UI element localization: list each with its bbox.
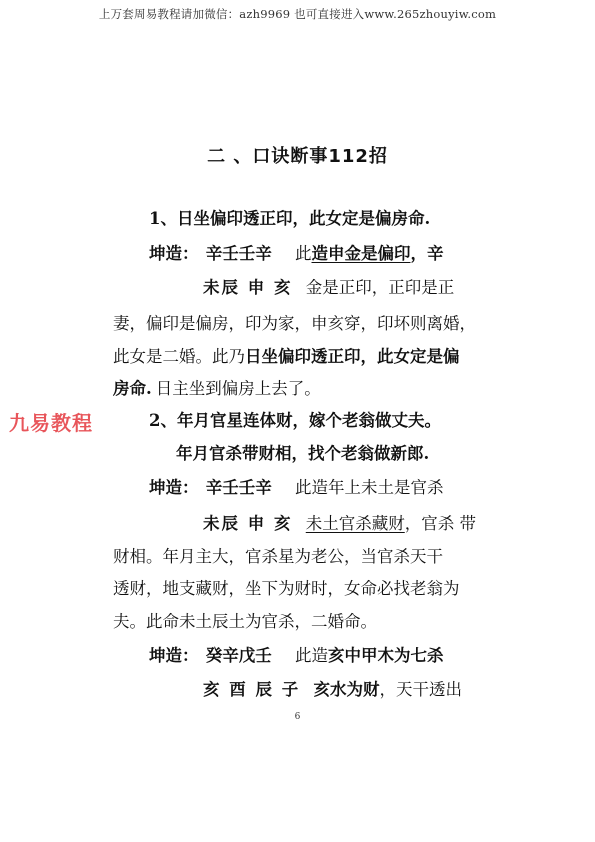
annotation-text: ，辛 — [411, 244, 444, 263]
annotation-text: 此造 — [295, 646, 328, 665]
item2-body-line2: 透财，地支藏财，坐下为财时，女命必找老翁为 — [113, 578, 460, 600]
bold-text: 房命. — [113, 379, 152, 398]
earthly-branches: 未辰 申 亥 — [203, 514, 293, 533]
item2-body-line3: 夫。此命未土辰土为官杀，二婚命。 — [113, 611, 377, 633]
item2-body-line1: 财相。年月主大，官杀星为老公，当官杀天干 — [113, 546, 443, 568]
body-text: 日主坐到偏房上去了。 — [156, 379, 321, 398]
item1-body-line3: 房命.日主坐到偏房上去了。 — [113, 378, 321, 400]
heavenly-stems: 辛壬壬辛 — [206, 478, 272, 497]
annotation-text: ，天干透出 — [379, 680, 462, 699]
annotation-text: 金是正印，正印是正 — [306, 278, 455, 297]
item3-chart-line1: 坤造： 癸辛戊壬 此造亥中甲木为七杀 — [149, 645, 444, 667]
item1-chart-line1: 坤造： 辛壬壬辛 此造申金是偏印，辛 — [149, 243, 444, 265]
item2-subheading: 年月官杀带财相，找个老翁做新郎. — [176, 443, 429, 465]
item2-chart-line1: 坤造： 辛壬壬辛 此造年上未土是官杀 — [149, 477, 444, 499]
bold-text: 亥水为财 — [313, 680, 379, 699]
item2-chart-line2: 未辰 申 亥 未土官杀藏财，官杀 带 — [203, 513, 476, 535]
section-title: 二 、口诀断事112招 — [0, 142, 595, 168]
chart-label: 坤造： — [149, 646, 199, 665]
item1-body-line2: 此女是二婚。此乃日坐偏印透正印，此女定是偏 — [113, 346, 460, 368]
underlined-emphasis: 造申金是偏印 — [312, 244, 411, 263]
body-text: 此女是二婚。此乃 — [113, 347, 245, 366]
item1-body-line1: 妻，偏印是偏房，印为家，申亥穿，印坏则离婚， — [113, 313, 476, 335]
watermark-logo: 九易教程 — [9, 407, 93, 436]
heavenly-stems: 癸辛戊壬 — [206, 646, 272, 665]
annotation-text: 此造年上未土是官杀 — [295, 478, 444, 497]
annotation-text: 此 — [295, 244, 312, 263]
earthly-branches: 未辰 申 亥 — [203, 278, 293, 297]
promo-header: 上万套周易教程请加微信：azh9969 也可直接进入www.265zhouyiw… — [0, 6, 595, 22]
earthly-branches: 亥 酉 辰 子 — [203, 680, 300, 699]
heavenly-stems: 辛壬壬辛 — [206, 244, 272, 263]
chart-label: 坤造： — [149, 478, 199, 497]
annotation-text: ，官杀 带 — [405, 514, 476, 533]
underlined-emphasis: 未土官杀藏财 — [306, 514, 405, 533]
item2-heading: 2、年月官星连体财，嫁个老翁做丈夫。 — [149, 410, 441, 432]
item1-chart-line2: 未辰 申 亥 金是正印，正印是正 — [203, 277, 454, 299]
bold-text: 亥中甲木为七杀 — [328, 646, 444, 665]
item3-chart-line2: 亥 酉 辰 子 亥水为财，天干透出 — [203, 679, 462, 701]
page-number: 6 — [0, 712, 595, 722]
bold-text: 日坐偏印透正印，此女定是偏 — [245, 347, 460, 366]
item1-heading: 1、日坐偏印透正印，此女定是偏房命. — [149, 208, 430, 230]
chart-label: 坤造： — [149, 244, 199, 263]
